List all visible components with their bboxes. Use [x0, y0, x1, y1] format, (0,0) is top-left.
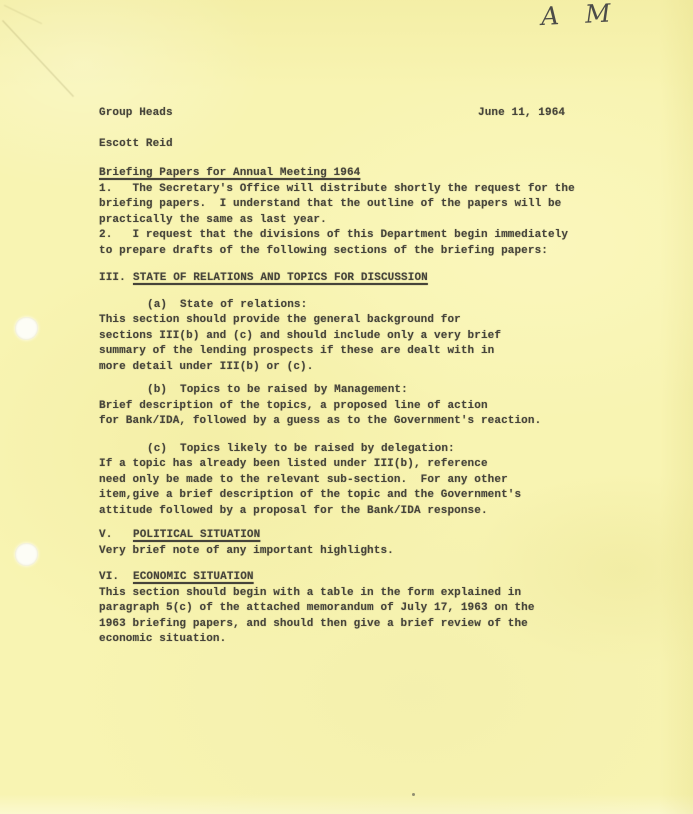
subject-line: Briefing Papers for Annual Meeting 1964	[99, 166, 664, 182]
subitem-b: (b)Topics to be raised by Management:	[147, 383, 664, 399]
subitem-a: (a)State of relations:	[147, 298, 664, 314]
subitem-a-body: This section should provide the general …	[99, 313, 664, 375]
subitem-label: (c)	[147, 442, 180, 458]
paper-crease	[4, 5, 42, 24]
section-vi-body: This section should begin with a table i…	[99, 586, 664, 648]
paper-crease	[2, 20, 74, 97]
sender: Escott Reid	[99, 137, 664, 153]
recipient: Group Heads	[99, 107, 173, 119]
paragraph-1: 1. The Secretary's Office will distribut…	[99, 182, 664, 229]
scanned-memo: A M Group Heads June 11, 1964 Escott Rei…	[0, 0, 693, 814]
section-heading-iii: III.STATE OF RELATIONS AND TOPICS FOR DI…	[99, 271, 664, 287]
section-v-body: Very brief note of any important highlig…	[99, 544, 664, 560]
memo-date: June 11, 1964	[478, 106, 565, 122]
section-title: STATE OF RELATIONS AND TOPICS FOR DISCUS…	[133, 272, 428, 284]
section-number: V.	[99, 528, 133, 544]
section-number: VI.	[99, 570, 133, 586]
paper-background: A M Group Heads June 11, 1964 Escott Rei…	[0, 0, 693, 814]
section-title: POLITICAL SITUATION	[133, 529, 260, 541]
section-heading-vi: VI.ECONOMIC SITUATION	[99, 570, 664, 586]
memo-content: Group Heads June 11, 1964 Escott Reid Br…	[99, 106, 664, 648]
paragraph-2: 2. I request that the divisions of this …	[99, 228, 664, 259]
subject-text: Briefing Papers for Annual Meeting 1964	[99, 167, 360, 179]
subitem-b-body: Brief description of the topics, a propo…	[99, 399, 664, 430]
subitem-label: (a)	[147, 298, 180, 314]
subitem-c: (c)Topics likely to be raised by delegat…	[147, 442, 664, 458]
recipient-line: Group Heads June 11, 1964	[99, 106, 664, 122]
section-heading-v: V.POLITICAL SITUATION	[99, 528, 664, 544]
subitem-label: (b)	[147, 383, 180, 399]
handwritten-initials: A M	[540, 0, 620, 31]
section-number: III.	[99, 271, 133, 287]
punch-hole-top	[15, 317, 38, 340]
paper-speck	[412, 793, 415, 796]
section-title: ECONOMIC SITUATION	[133, 571, 254, 583]
subitem-heading: Topics to be raised by Management:	[180, 384, 408, 396]
subitem-c-body: If a topic has already been listed under…	[99, 457, 664, 519]
punch-hole-bottom	[15, 543, 38, 566]
subitem-heading: Topics likely to be raised by delegation…	[180, 443, 455, 455]
subitem-heading: State of relations:	[180, 299, 307, 311]
